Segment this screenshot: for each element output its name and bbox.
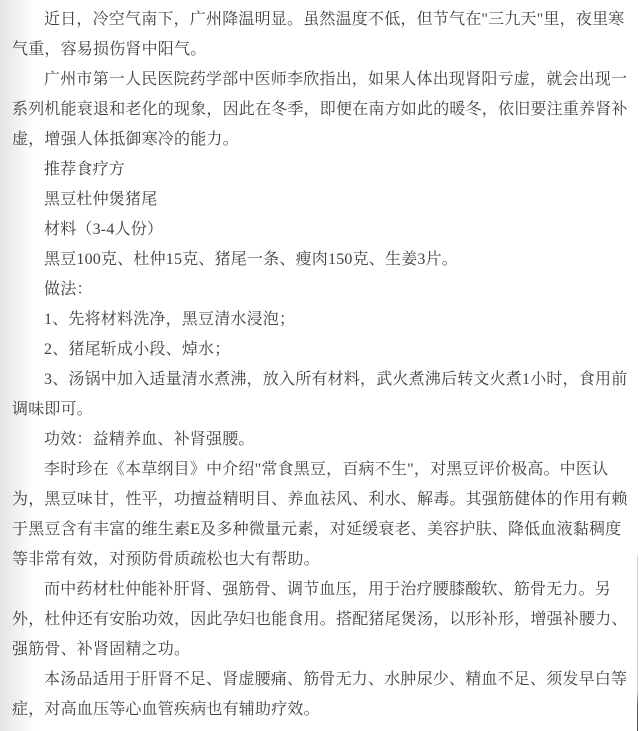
article-paragraph: 做法： xyxy=(12,275,630,305)
article-paragraph: 1、先将材料洗净，黑豆清水浸泡； xyxy=(12,305,630,335)
article-paragraph: 李时珍在《本草纲目》中介绍"常食黑豆，百病不生"，对黑豆评价极高。中医认为，黑豆… xyxy=(12,455,630,575)
article-paragraph: 而中药材杜仲能补肝肾、强筋骨、调节血压，用于治疗腰膝酸软、筋骨无力。另外，杜仲还… xyxy=(12,575,630,665)
article-paragraph: 推荐食疗方 xyxy=(12,155,630,185)
article-paragraph: 材料（3-4人份） xyxy=(12,215,630,245)
article-paragraph: 3、汤锅中加入适量清水煮沸，放入所有材料，武火煮沸后转文火煮1小时，食用前调味即… xyxy=(12,365,630,425)
article-paragraph: 黑豆100克、杜仲15克、猪尾一条、瘦肉150克、生姜3片。 xyxy=(12,245,630,275)
article-body: 近日，冷空气南下，广州降温明显。虽然温度不低，但节气在"三九天"里，夜里寒气重，… xyxy=(0,0,639,725)
article-paragraph: 广州市第一人民医院药学部中医师李欣指出，如果人体出现肾阳亏虚，就会出现一系列机能… xyxy=(12,65,630,155)
article-paragraph: 功效：益精养血、补肾强腰。 xyxy=(12,425,630,455)
article-paragraph: 2、猪尾斩成小段、焯水； xyxy=(12,335,630,365)
right-edge-scrollbar-line xyxy=(637,555,638,731)
article-paragraph: 本汤品适用于肝肾不足、肾虚腰痛、筋骨无力、水肿尿少、精血不足、须发早白等症，对高… xyxy=(12,665,630,725)
article-paragraph: 黑豆杜仲煲猪尾 xyxy=(12,185,630,215)
article-page: 近日，冷空气南下，广州降温明显。虽然温度不低，但节气在"三九天"里，夜里寒气重，… xyxy=(0,0,639,731)
article-paragraph: 近日，冷空气南下，广州降温明显。虽然温度不低，但节气在"三九天"里，夜里寒气重，… xyxy=(12,5,630,65)
